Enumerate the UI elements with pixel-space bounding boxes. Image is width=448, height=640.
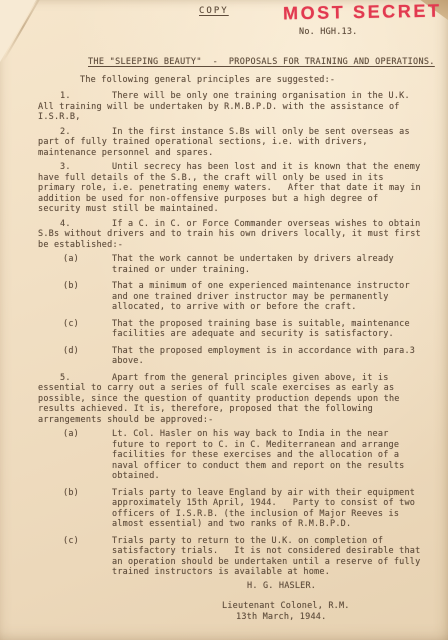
paragraph-1: 1. There will be only one training organ… [38,91,424,123]
sub-item-text: Trials party to leave England by air wit… [112,488,424,530]
sub-item-label: (d) [63,346,79,357]
sub-item-label: (b) [63,281,79,292]
paragraph-number: 1. [60,91,71,102]
sub-item-4c: (c) That the proposed training base is s… [112,319,424,340]
signature-name: H. G. HASLER. [247,581,316,591]
sub-item-4a: (a) That the work cannot be undertaken b… [112,254,424,275]
most-secret-stamp: MOST SECRET [283,1,442,25]
paragraph-number: 3. [60,162,71,173]
paragraph-text: Until secrecy has been lost and it is kn… [38,162,424,215]
sub-item-label: (a) [63,429,79,440]
paragraph-text: There will be only one training organisa… [38,91,424,123]
sub-item-text: Trials party to return to the U.K. on co… [112,536,424,578]
reference-number: No. HGH.13. [299,27,358,37]
paragraph-3: 3. Until secrecy has been lost and it is… [38,162,424,215]
document-title: THE "SLEEPING BEAUTY" - PROPOSALS FOR TR… [88,57,424,68]
document-page: COPY MOST SECRET No. HGH.13. THE "SLEEPI… [0,0,448,640]
document-body: THE "SLEEPING BEAUTY" - PROPOSALS FOR TR… [38,57,424,584]
signature-rank: Lieutenant Colonel, R.M. [222,601,350,611]
sub-item-label: (a) [63,254,79,265]
paragraph-5: 5. Apart from the general principles giv… [38,373,424,426]
sub-item-4d: (d) That the proposed employment is in a… [112,346,424,367]
paragraph-2: 2. In the first instance S.Bs will only … [38,127,424,159]
sub-item-text: Lt. Col. Hasler on his way back to India… [112,429,424,482]
sub-item-4b: (b) That a minimum of one experienced ma… [112,281,424,313]
paragraph-text: In the first instance S.Bs will only be … [38,127,424,159]
sub-item-label: (b) [63,488,79,499]
paragraph-4: 4. If a C. in C. or Force Commander over… [38,219,424,251]
paragraph-number: 4. [60,219,71,230]
intro-line: The following general principles are sug… [38,75,424,86]
sub-item-5a: (a) Lt. Col. Hasler on his way back to I… [112,429,424,482]
paragraph-number: 5. [60,373,71,384]
sub-item-label: (c) [63,536,79,547]
sub-item-text: That a minimum of one experienced mainte… [112,281,424,313]
paragraph-text: If a C. in C. or Force Commander oversea… [38,219,424,251]
signature-date: 13th March, 1944. [236,612,326,622]
sub-item-label: (c) [63,319,79,330]
paragraph-number: 2. [60,127,71,138]
sub-item-5c: (c) Trials party to return to the U.K. o… [112,536,424,578]
sub-item-text: That the proposed employment is in accor… [112,346,424,367]
sub-item-5b: (b) Trials party to leave England by air… [112,488,424,530]
sub-item-text: That the proposed training base is suita… [112,319,424,340]
paragraph-text: Apart from the general principles given … [38,373,424,426]
copy-stamp: COPY [199,6,229,16]
sub-item-text: That the work cannot be undertaken by dr… [112,254,424,275]
